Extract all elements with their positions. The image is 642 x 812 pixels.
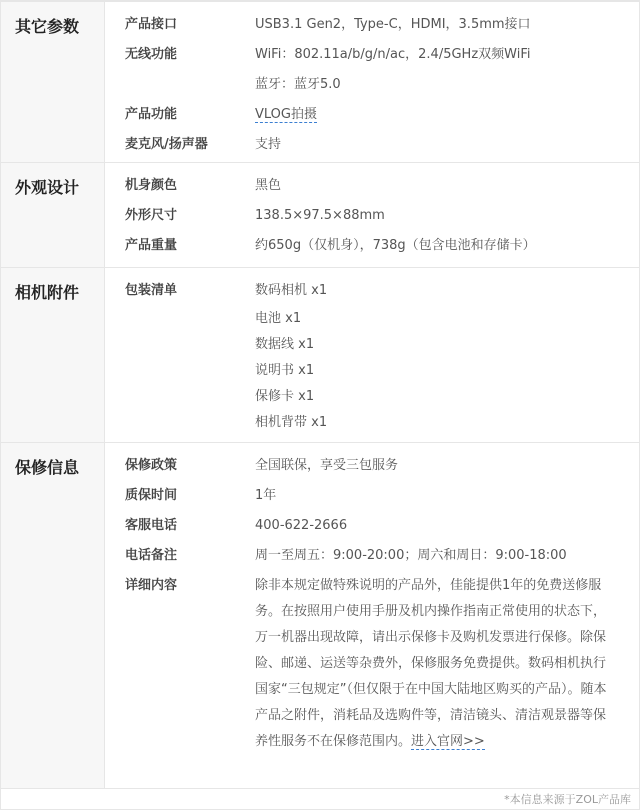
spec-row-package-contents: 包装清单 数码相机 x1 电池 x1 数据线 x1 说明书 x1 保修卡 x1 … [105,276,639,436]
spec-value: 400-622-2666 [255,511,625,541]
package-item: 说明书 x1 [255,358,625,384]
spec-label: 客服电话 [105,511,255,541]
section-body: 产品接口 USB3.1 Gen2，Type-C，HDMI，3.5mm接口 无线功… [105,2,639,162]
spec-value: 1年 [255,481,625,511]
spec-row-interface: 产品接口 USB3.1 Gen2，Type-C，HDMI，3.5mm接口 [105,10,639,40]
spec-label: 外形尺寸 [105,201,255,231]
spec-label: 产品功能 [105,100,255,130]
package-item: 电池 x1 [255,306,625,332]
spec-row-warranty-policy: 保修政策 全国联保，享受三包服务 [105,451,639,481]
source-note: *本信息来源于ZOL产品库 [504,793,631,806]
spec-value: USB3.1 Gen2，Type-C，HDMI，3.5mm接口 [255,10,625,40]
source-footer: *本信息来源于ZOL产品库 [1,788,639,810]
spec-row-dimensions: 外形尺寸 138.5×97.5×88mm [105,201,639,231]
spec-row-service-phone: 客服电话 400-622-2666 [105,511,639,541]
spec-row-mic-speaker: 麦克风/扬声器 支持 [105,130,639,160]
spec-row-warranty-period: 质保时间 1年 [105,481,639,511]
section-title: 外观设计 [1,163,105,267]
section-title: 保修信息 [1,443,105,788]
details-paragraph: 除非本规定做特殊说明的产品外，佳能提供1年的免费送修服务。在按照用户使用手册及机… [255,578,606,749]
official-site-link[interactable]: 进入官网>> [411,734,485,750]
spec-row-weight: 产品重量 约650g（仅机身），738g（包含电池和存储卡） [105,231,639,261]
spec-label: 电话备注 [105,541,255,571]
warranty-details-text: 除非本规定做特殊说明的产品外，佳能提供1年的免费送修服务。在按照用户使用手册及机… [255,571,625,755]
section-accessories: 相机附件 包装清单 数码相机 x1 电池 x1 数据线 x1 说明书 x1 保修… [1,267,639,442]
section-other-params: 其它参数 产品接口 USB3.1 Gen2，Type-C，HDMI，3.5mm接… [1,0,639,162]
spec-label: 麦克风/扬声器 [105,130,255,160]
package-item: 数码相机 x1 [255,276,625,306]
section-warranty: 保修信息 保修政策 全国联保，享受三包服务 质保时间 1年 客服电话 400-6… [1,442,639,788]
section-body: 保修政策 全国联保，享受三包服务 质保时间 1年 客服电话 400-622-26… [105,443,639,788]
section-body: 机身颜色 黑色 外形尺寸 138.5×97.5×88mm 产品重量 约650g（… [105,163,639,267]
spec-value: 138.5×97.5×88mm [255,201,625,231]
spec-value: 周一至周五：9:00-20:00；周六和周日：9:00-18:00 [255,541,625,571]
spec-value: 约650g（仅机身），738g（包含电池和存储卡） [255,231,625,261]
section-title: 相机附件 [1,268,105,442]
vlog-link[interactable]: VLOG拍摄 [255,107,317,123]
spec-label: 无线功能 [105,40,255,70]
package-item: 相机背带 x1 [255,410,625,436]
spec-table: 其它参数 产品接口 USB3.1 Gen2，Type-C，HDMI，3.5mm接… [0,0,640,810]
spec-row-wireless: 无线功能 WiFi：802.11a/b/g/n/ac，2.4/5GHz双频WiF… [105,40,639,100]
spec-row-color: 机身颜色 黑色 [105,171,639,201]
spec-value: 黑色 [255,171,625,201]
spec-label: 质保时间 [105,481,255,511]
spec-row-phone-notes: 电话备注 周一至周五：9:00-20:00；周六和周日：9:00-18:00 [105,541,639,571]
spec-value: WiFi：802.11a/b/g/n/ac，2.4/5GHz双频WiFi [255,40,625,70]
spec-label: 产品重量 [105,231,255,261]
spec-row-details: 详细内容 除非本规定做特殊说明的产品外，佳能提供1年的免费送修服务。在按照用户使… [105,571,639,755]
spec-value: 全国联保，享受三包服务 [255,451,625,481]
spec-row-features: 产品功能 VLOG拍摄 [105,100,639,130]
spec-value: 蓝牙：蓝牙5.0 [255,70,625,100]
spec-label: 包装清单 [105,276,255,306]
spec-value: 支持 [255,130,625,160]
section-title: 其它参数 [1,2,105,162]
section-appearance: 外观设计 机身颜色 黑色 外形尺寸 138.5×97.5×88mm 产品重量 约… [1,162,639,267]
spec-label: 保修政策 [105,451,255,481]
section-body: 包装清单 数码相机 x1 电池 x1 数据线 x1 说明书 x1 保修卡 x1 … [105,268,639,442]
spec-label: 机身颜色 [105,171,255,201]
package-item: 数据线 x1 [255,332,625,358]
package-item: 保修卡 x1 [255,384,625,410]
spec-label: 产品接口 [105,10,255,40]
spec-label: 详细内容 [105,571,255,601]
